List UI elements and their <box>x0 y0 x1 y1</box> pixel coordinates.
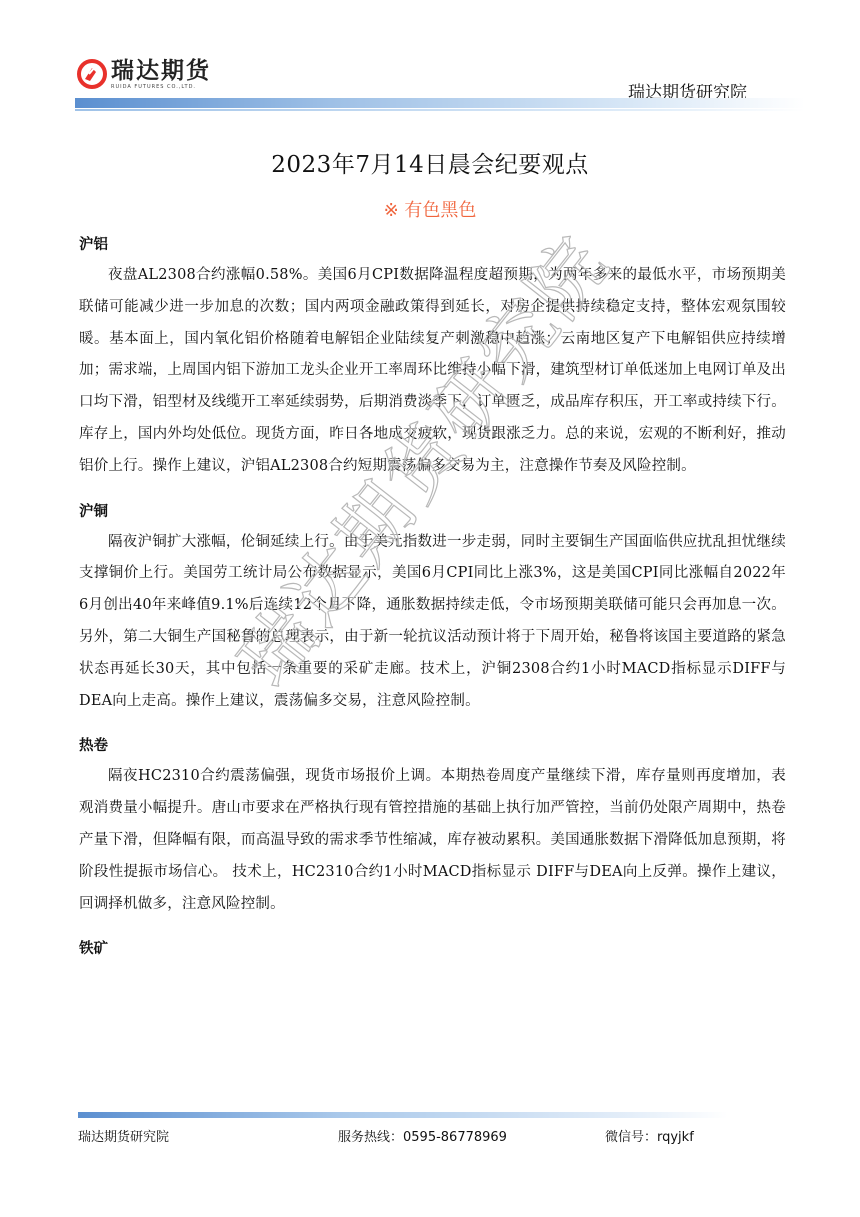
ruida-logo-icon <box>77 59 107 89</box>
footer-org: 瑞达期货研究院 <box>78 1126 169 1145</box>
logo-chinese-name: 瑞达期货 <box>111 58 211 84</box>
page-header: 瑞达期货 RUIDA FUTURES CO.,LTD. 瑞达期货研究院 <box>75 58 785 114</box>
section-heading-aluminum: 沪铝 <box>79 230 786 260</box>
footer-hotline: 服务热线：0595-86778969 <box>338 1126 507 1145</box>
footer-wechat: 微信号：rqyjkf <box>605 1126 694 1145</box>
footer-divider <box>78 1112 728 1118</box>
document-title: 2023年7月14日晨会纪要观点 <box>0 146 860 179</box>
header-divider <box>75 98 805 108</box>
header-divider-thin <box>75 109 805 111</box>
section-heading-copper: 沪铜 <box>79 497 786 527</box>
section-paragraph-aluminum: 夜盘AL2308合约涨幅0.58%。美国6月CPI数据降温程度超预期，为两年多来… <box>79 260 786 483</box>
section-group-title: ※ 有色黑色 <box>0 196 860 222</box>
document-body: 沪铝 夜盘AL2308合约涨幅0.58%。美国6月CPI数据降温程度超预期，为两… <box>79 230 786 964</box>
section-heading-hot-coil: 热卷 <box>79 731 786 761</box>
page-footer: 瑞达期货研究院 服务热线：0595-86778969 微信号：rqyjkf <box>75 1110 785 1150</box>
company-logo: 瑞达期货 RUIDA FUTURES CO.,LTD. <box>77 58 211 90</box>
section-heading-iron-ore: 铁矿 <box>79 934 786 964</box>
section-paragraph-copper: 隔夜沪铜扩大涨幅，伦铜延续上行。由于美元指数进一步走弱，同时主要铜生产国面临供应… <box>79 527 786 718</box>
logo-english-name: RUIDA FUTURES CO.,LTD. <box>111 84 211 90</box>
section-paragraph-hot-coil: 隔夜HC2310合约震荡偏强，现货市场报价上调。本期热卷周度产量继续下滑，库存量… <box>79 761 786 920</box>
